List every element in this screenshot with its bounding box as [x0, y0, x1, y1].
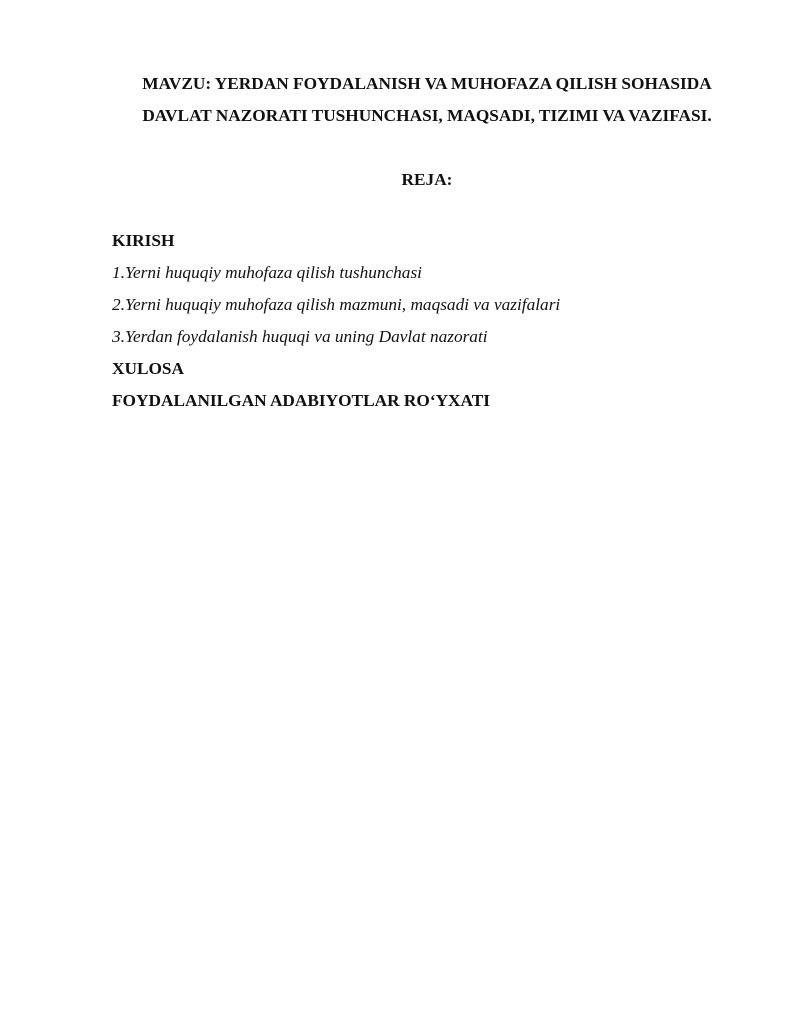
- document-title-line-1: MAVZU: YERDAN FOYDALANISH VA MUHOFAZA QI…: [0, 74, 800, 94]
- toc-item-1: 1.Yerni huquqiy muhofaza qilish tushunch…: [112, 263, 560, 295]
- toc-item-conclusion: XULOSA: [112, 359, 560, 391]
- toc-item-introduction: KIRISH: [112, 231, 560, 263]
- toc-item-2: 2.Yerni huquqiy muhofaza qilish mazmuni,…: [112, 295, 560, 327]
- table-of-contents: KIRISH 1.Yerni huquqiy muhofaza qilish t…: [112, 231, 560, 423]
- plan-heading: REJA:: [0, 170, 800, 190]
- toc-item-3: 3.Yerdan foydalanish huquqi va uning Dav…: [112, 327, 560, 359]
- toc-item-references: FOYDALANILGAN ADABIYOTLAR RO‘YXATI: [112, 391, 560, 423]
- document-title-line-2: DAVLAT NAZORATI TUSHUNCHASI, MAQSADI, TI…: [0, 106, 800, 126]
